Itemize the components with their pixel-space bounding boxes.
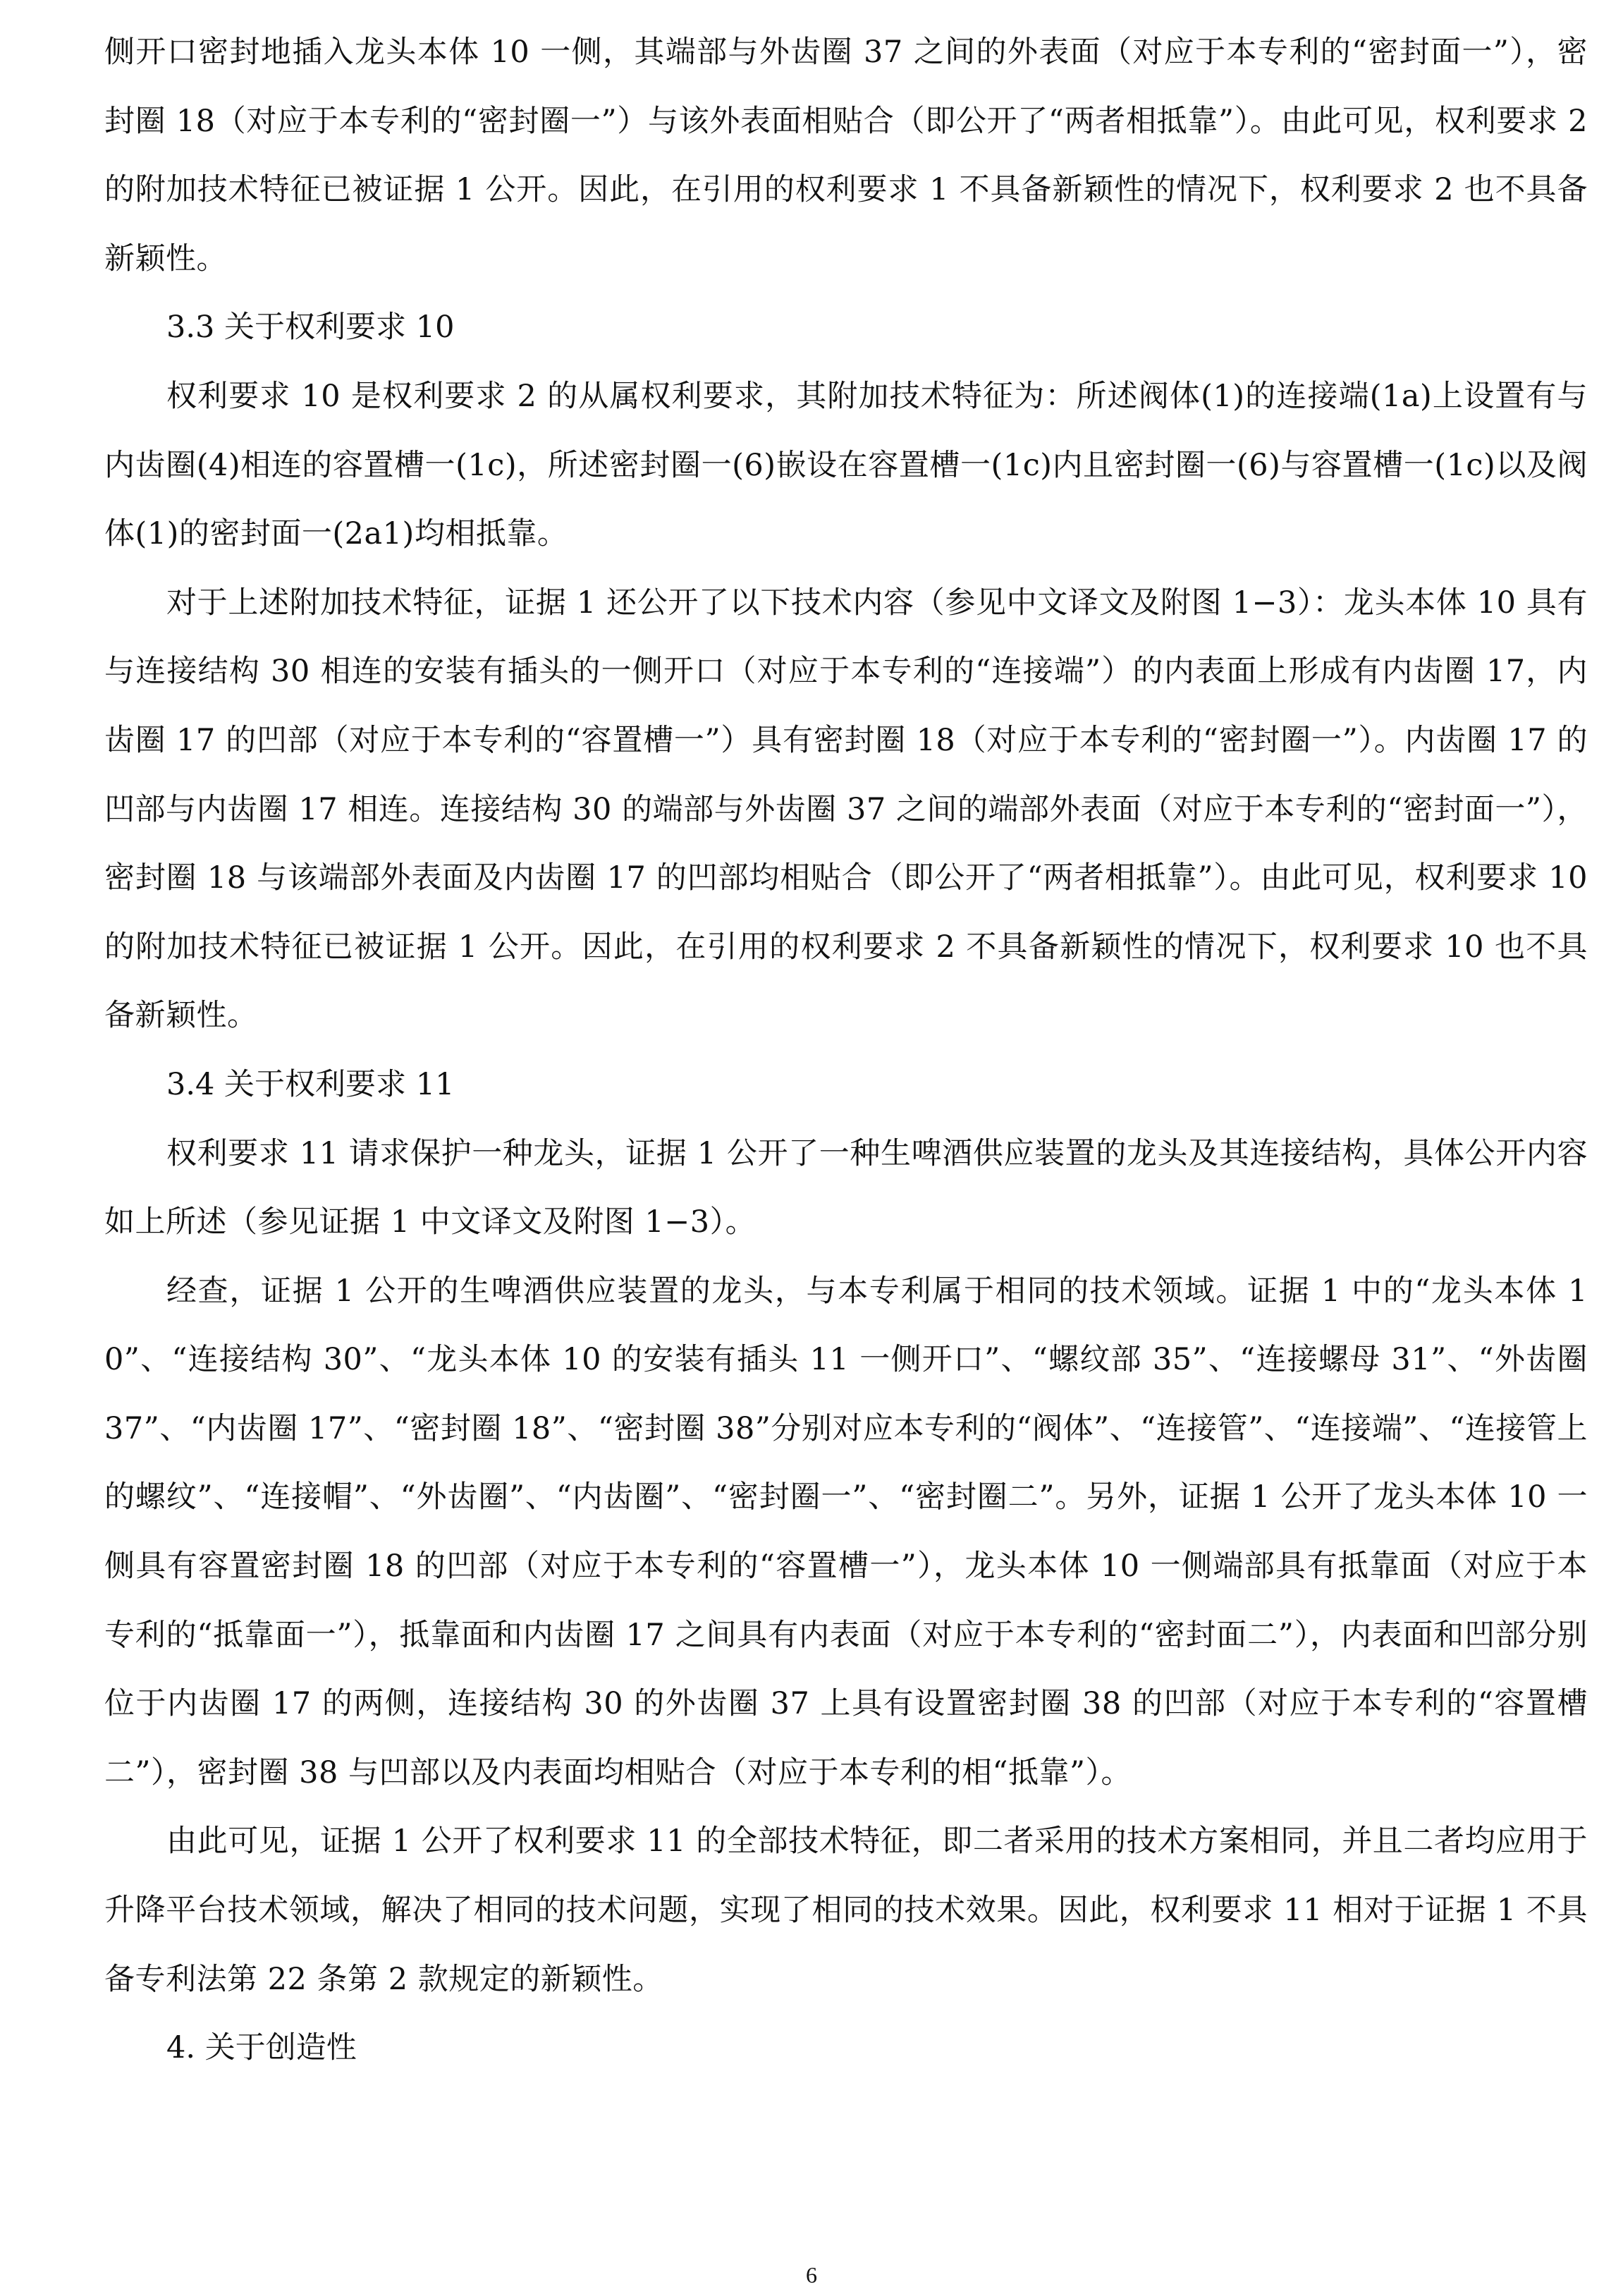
- page-number: 6: [0, 2262, 1623, 2288]
- section-heading-3-3: 3.3 关于权利要求 10: [104, 293, 1588, 362]
- paragraph-claim11-intro: 权利要求 11 请求保护一种龙头，证据 1 公开了一种生啤酒供应装置的龙头及其连…: [104, 1120, 1588, 1257]
- paragraph-claim10-analysis: 对于上述附加技术特征，证据 1 还公开了以下技术内容（参见中文译文及附图 1−3…: [104, 569, 1588, 1051]
- section-heading-4: 4. 关于创造性: [104, 2014, 1588, 2083]
- section-heading-3-4: 3.4 关于权利要求 11: [104, 1051, 1588, 1120]
- paragraph-claim11-comparison: 经查，证据 1 公开的生啤酒供应装置的龙头，与本专利属于相同的技术领域。证据 1…: [104, 1257, 1588, 1808]
- paragraph-claim10-features: 权利要求 10 是权利要求 2 的从属权利要求，其附加技术特征为：所述阀体(1)…: [104, 362, 1588, 569]
- document-page: 侧开口密封地插入龙头本体 10 一侧，其端部与外齿圈 37 之间的外表面（对应于…: [104, 18, 1588, 2083]
- paragraph-claim2-conclusion: 侧开口密封地插入龙头本体 10 一侧，其端部与外齿圈 37 之间的外表面（对应于…: [104, 18, 1588, 293]
- paragraph-claim11-conclusion: 由此可见，证据 1 公开了权利要求 11 的全部技术特征，即二者采用的技术方案相…: [104, 1807, 1588, 2014]
